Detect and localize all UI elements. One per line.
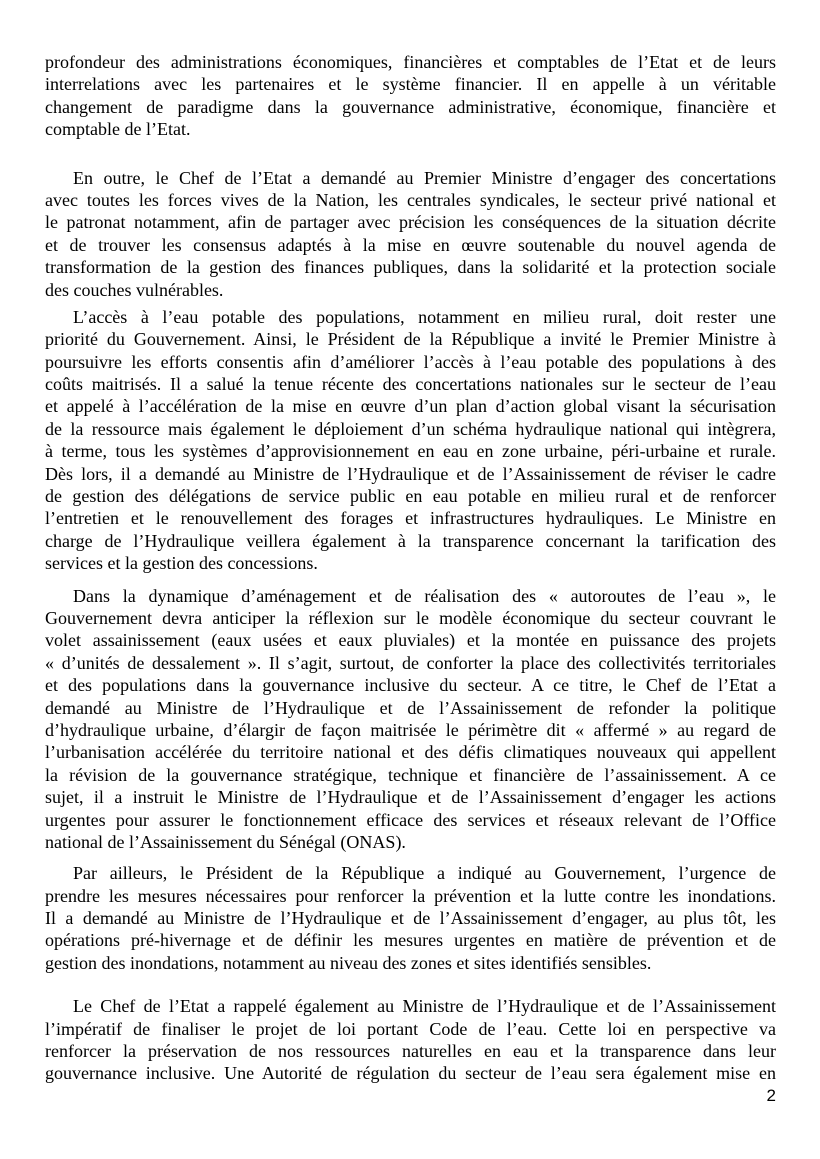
text-line: volet assainissement (eaux usées et eaux…: [45, 629, 776, 651]
text-line: gestion des inondations, notamment au ni…: [45, 952, 776, 974]
paragraph: L’accès à l’eau potable des populations,…: [45, 306, 776, 575]
text-line: des couches vulnérables.: [45, 279, 776, 301]
text-line: Gouvernement devra anticiper la réflexio…: [45, 607, 776, 629]
text-line: poursuivre les efforts consentis afin d’…: [45, 351, 776, 373]
text-line: Par ailleurs, le Président de la Républi…: [45, 862, 776, 884]
text-line: urgentes pour assurer le fonctionnement …: [45, 809, 776, 831]
text-line: et des populations dans la gouvernance i…: [45, 674, 776, 696]
text-line: le patronat notamment, afin de partager …: [45, 211, 776, 233]
text-line: avec toutes les forces vives de la Natio…: [45, 189, 776, 211]
document-page: profondeur des administrations économiqu…: [0, 0, 820, 1159]
text-line: à terme, tous les systèmes d’approvision…: [45, 440, 776, 462]
text-line: « d’unités de dessalement ». Il s’agit, …: [45, 652, 776, 674]
text-line: Dans la dynamique d’aménagement et de ré…: [45, 585, 776, 607]
text-line: de la ressource mais également le déploi…: [45, 418, 776, 440]
text-line: demandé au Ministre de l’Hydraulique et …: [45, 697, 776, 719]
text-line: opérations pré-hivernage et de définir l…: [45, 929, 776, 951]
paragraph: En outre, le Chef de l’Etat a demandé au…: [45, 167, 776, 301]
text-line: Le Chef de l’Etat a rappelé également au…: [45, 995, 776, 1017]
text-line: et appelé à l’accélération de la mise en…: [45, 395, 776, 417]
text-line: profondeur des administrations économiqu…: [45, 51, 776, 73]
text-line: services et la gestion des concessions.: [45, 552, 776, 574]
text-line: coûts maitrisés. Il a salué la tenue réc…: [45, 373, 776, 395]
document-body: profondeur des administrations économiqu…: [45, 51, 776, 1085]
paragraph: Le Chef de l’Etat a rappelé également au…: [45, 995, 776, 1085]
text-line: comptable de l’Etat.: [45, 118, 776, 140]
text-line: En outre, le Chef de l’Etat a demandé au…: [45, 167, 776, 189]
text-line: l’impératif de finaliser le projet de lo…: [45, 1018, 776, 1040]
text-line: national de l’Assainissement du Sénégal …: [45, 831, 776, 853]
text-line: Dès lors, il a demandé au Ministre de l’…: [45, 463, 776, 485]
text-line: sujet, il a instruit le Ministre de l’Hy…: [45, 786, 776, 808]
text-line: renforcer la préservation de nos ressour…: [45, 1040, 776, 1062]
text-line: Il a demandé au Ministre de l’Hydrauliqu…: [45, 907, 776, 929]
text-line: charge de l’Hydraulique veillera égaleme…: [45, 530, 776, 552]
text-line: la révision de la gouvernance stratégiqu…: [45, 764, 776, 786]
text-line: et de trouver les consensus adaptés à la…: [45, 234, 776, 256]
text-line: interrelations avec les partenaires et l…: [45, 73, 776, 95]
paragraph: Par ailleurs, le Président de la Républi…: [45, 862, 776, 974]
text-line: L’accès à l’eau potable des populations,…: [45, 306, 776, 328]
text-line: l’urbanisation accélérée du territoire n…: [45, 741, 776, 763]
text-line: prendre les mesures nécessaires pour ren…: [45, 885, 776, 907]
text-line: gouvernance inclusive. Une Autorité de r…: [45, 1062, 776, 1084]
text-line: d’hydraulique urbaine, d’élargir de faço…: [45, 719, 776, 741]
text-line: transformation de la gestion des finance…: [45, 256, 776, 278]
text-line: priorité du Gouvernement. Ainsi, le Prés…: [45, 328, 776, 350]
paragraph: Dans la dynamique d’aménagement et de ré…: [45, 585, 776, 854]
text-line: l’entretien et le renouvellement des for…: [45, 507, 776, 529]
page-number: 2: [767, 1087, 776, 1105]
text-line: de gestion des délégations de service pu…: [45, 485, 776, 507]
text-line: changement de paradigme dans la gouverna…: [45, 96, 776, 118]
paragraph: profondeur des administrations économiqu…: [45, 51, 776, 141]
